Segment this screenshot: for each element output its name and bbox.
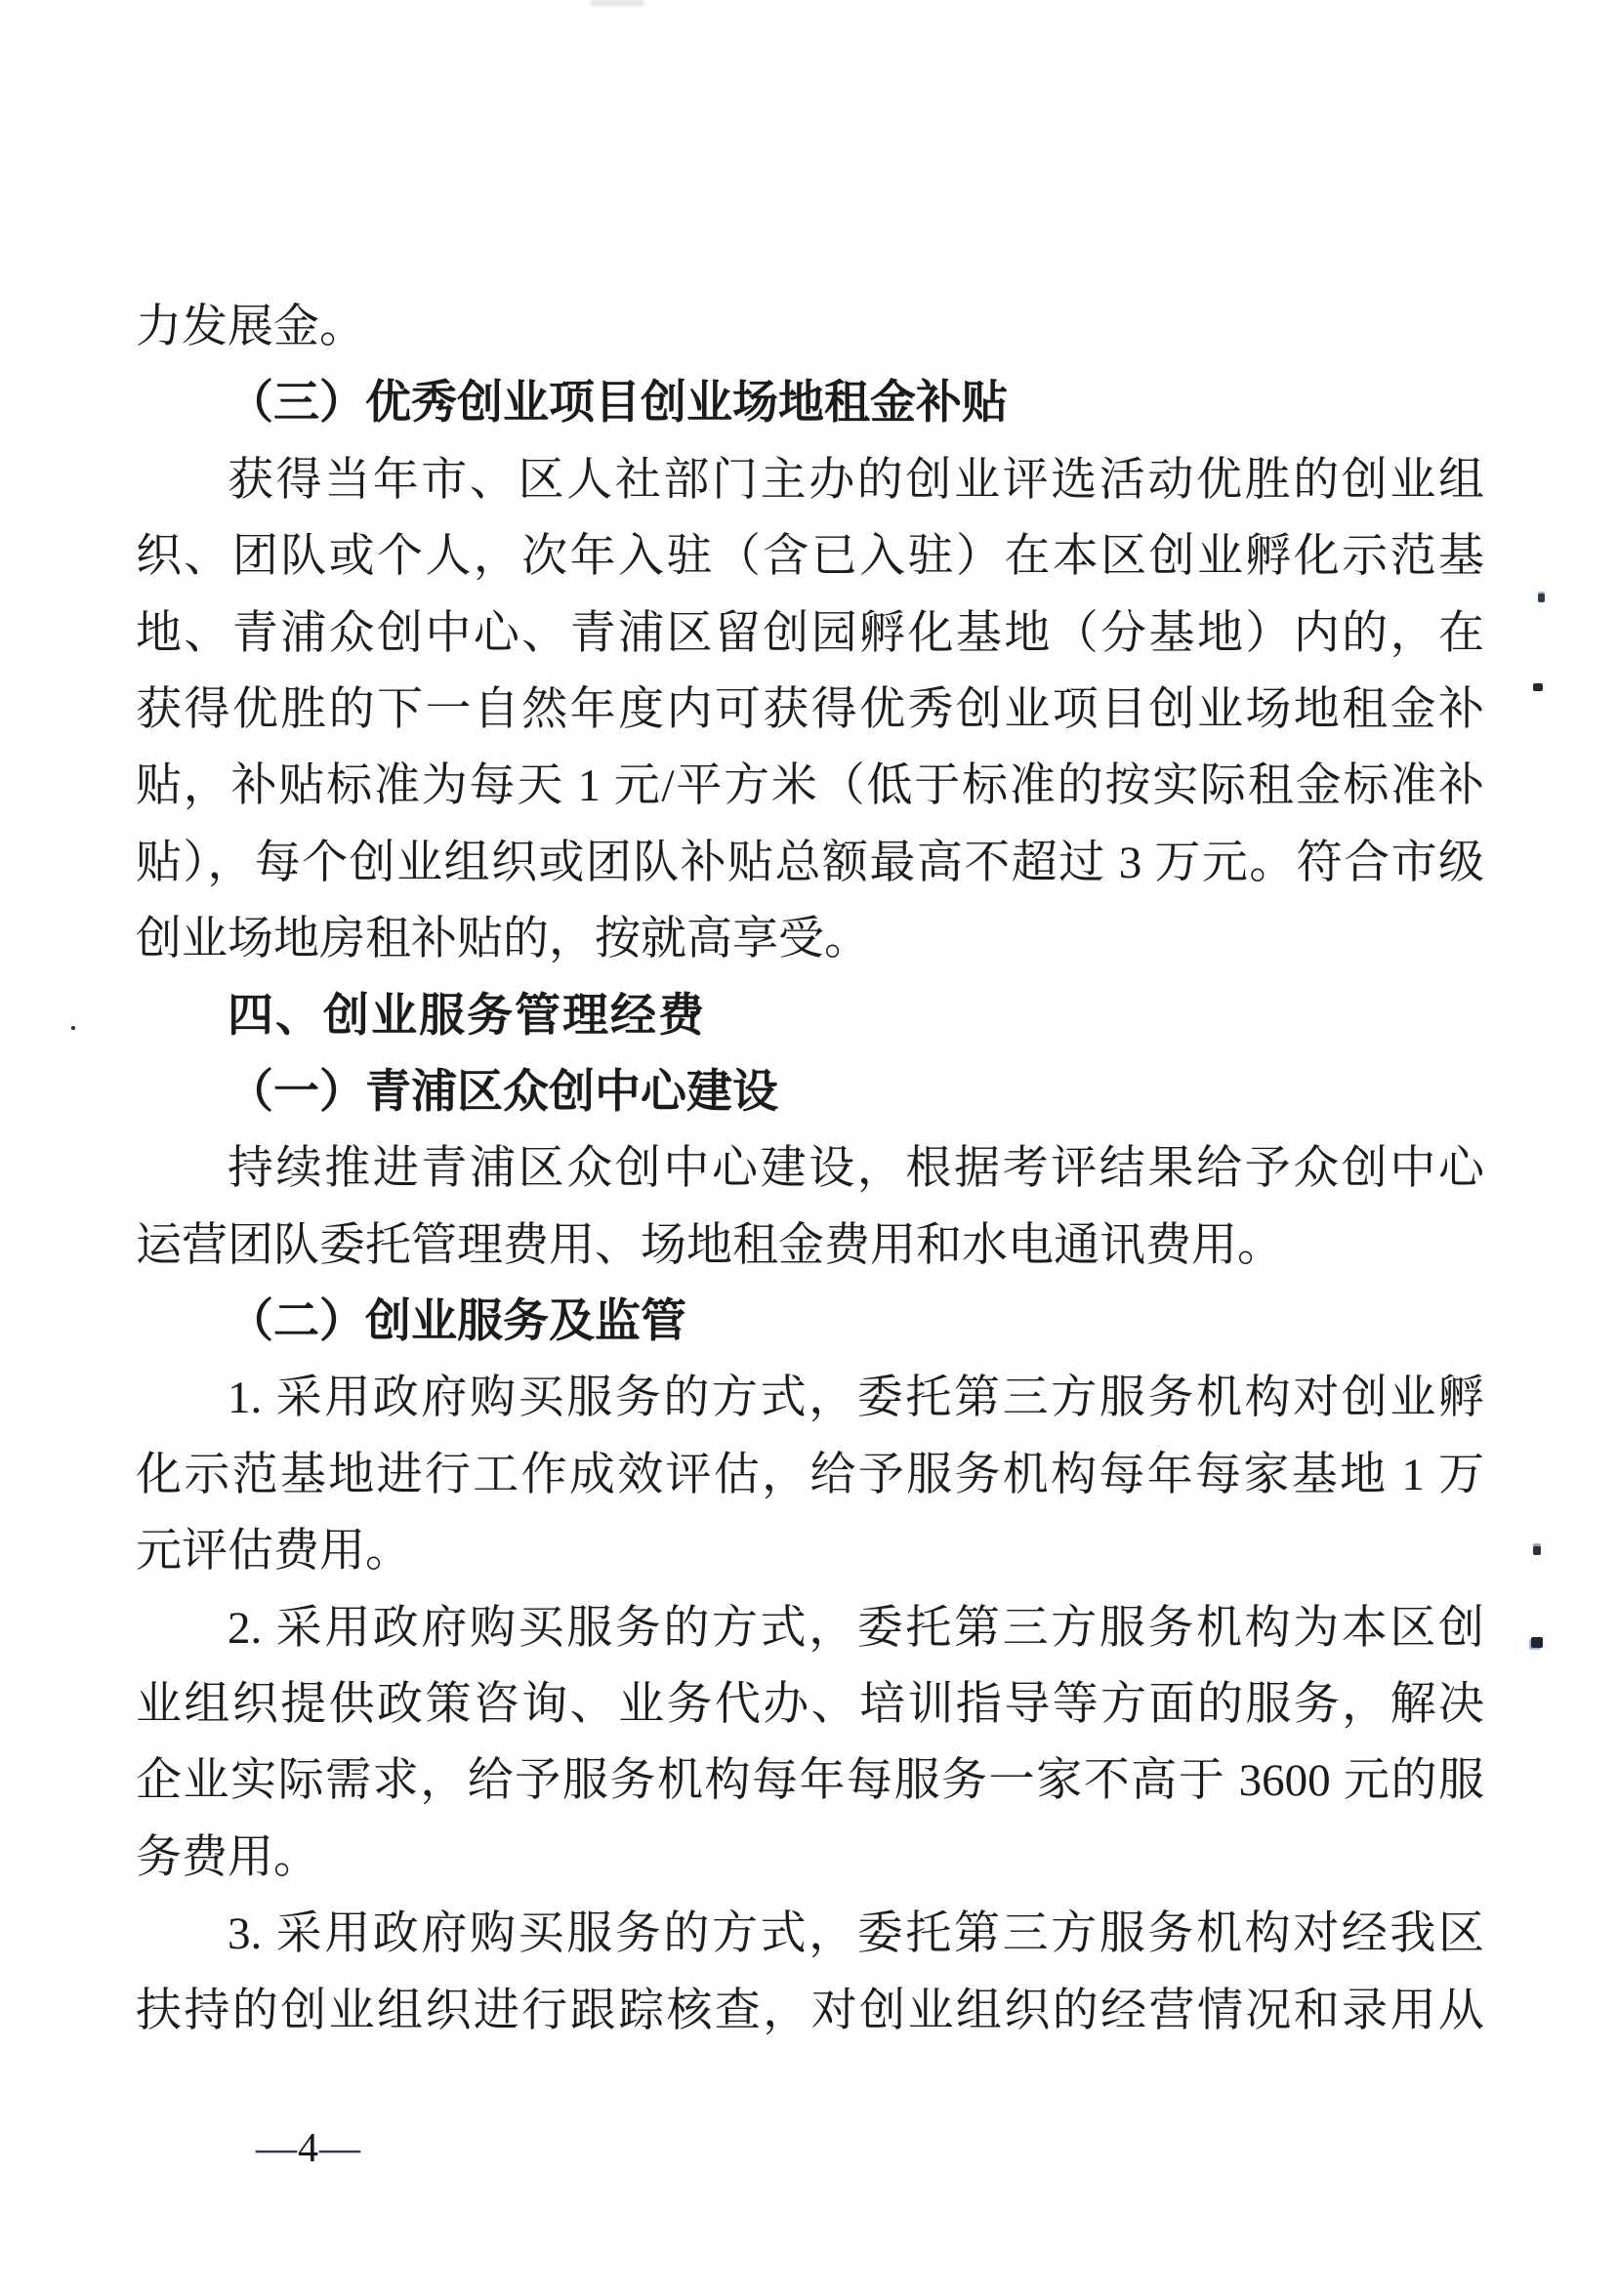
text-line: 获得优胜的下一自然年度内可获得优秀创业项目创业场地租金补 [136, 672, 1484, 748]
scan-speck [71, 1026, 75, 1030]
text-line: 创业场地房租补贴的，按就高享受。 [136, 901, 1484, 977]
text-line: 业组织提供政策咨询、业务代办、培训指导等方面的服务，解决 [136, 1666, 1484, 1742]
text-line: 贴），每个创业组织或团队补贴总额最高不超过 3 万元。符合市级 [136, 825, 1484, 901]
text-line: 织、团队或个人，次年入驻（含已入驻）在本区创业孵化示范基 [136, 518, 1484, 594]
text-line: 3. 采用政府购买服务的方式，委托第三方服务机构对经我区 [136, 1896, 1484, 1972]
scan-smudge [590, 0, 644, 6]
section-heading-service-management: 四、创业服务管理经费 [136, 978, 1484, 1054]
page-number-value: 4 [298, 2126, 319, 2171]
text-line: 获得当年市、区人社部门主办的创业评选活动优胜的创业组 [136, 442, 1484, 518]
subheading-service-supervision: （二）创业服务及监管 [136, 1284, 1484, 1360]
text-line: 运营团队委托管理费用、场地租金费用和水电通讯费用。 [136, 1208, 1484, 1284]
text-line: 务费用。 [136, 1820, 1484, 1896]
text-line: 元评估费用。 [136, 1513, 1484, 1589]
subheading-rent-subsidy: （三）优秀创业项目创业场地租金补贴 [136, 365, 1484, 441]
text-line: 持续推进青浦区众创中心建设，根据考评结果给予众创中心 [136, 1130, 1484, 1207]
subheading-makerspace-center: （一）青浦区众创中心建设 [136, 1054, 1484, 1130]
text-line: 化示范基地进行工作成效评估，给予服务机构每年每家基地 1 万 [136, 1437, 1484, 1513]
document-text-column: 力发展金。 （三）优秀创业项目创业场地租金补贴 获得当年市、区人社部门主办的创业… [136, 289, 1484, 2049]
text-line: 地、青浦众创中心、青浦区留创园孵化基地（分基地）内的，在 [136, 595, 1484, 672]
scan-speck [1538, 594, 1545, 602]
scan-speck [1531, 1637, 1543, 1648]
scan-speck [1533, 683, 1543, 691]
text-line: 贴，补贴标准为每天 1 元/平方米（低于标准的按实际租金标准补 [136, 748, 1484, 824]
text-line: 力发展金。 [136, 289, 1484, 365]
page-number-dash-right: — [319, 2126, 361, 2171]
document-page: 力发展金。 （三）优秀创业项目创业场地租金补贴 获得当年市、区人社部门主办的创业… [0, 0, 1618, 2296]
page-number: —4— [256, 2126, 361, 2171]
text-line: 2. 采用政府购买服务的方式，委托第三方服务机构为本区创 [136, 1590, 1484, 1666]
text-line: 1. 采用政府购买服务的方式，委托第三方服务机构对创业孵 [136, 1360, 1484, 1436]
text-line: 企业实际需求，给予服务机构每年每服务一家不高于 3600 元的服 [136, 1742, 1484, 1819]
text-line: 扶持的创业组织进行跟踪核查，对创业组织的经营情况和录用从 [136, 1973, 1484, 2049]
scan-speck [1533, 1546, 1541, 1555]
page-number-dash-left: — [256, 2126, 298, 2171]
